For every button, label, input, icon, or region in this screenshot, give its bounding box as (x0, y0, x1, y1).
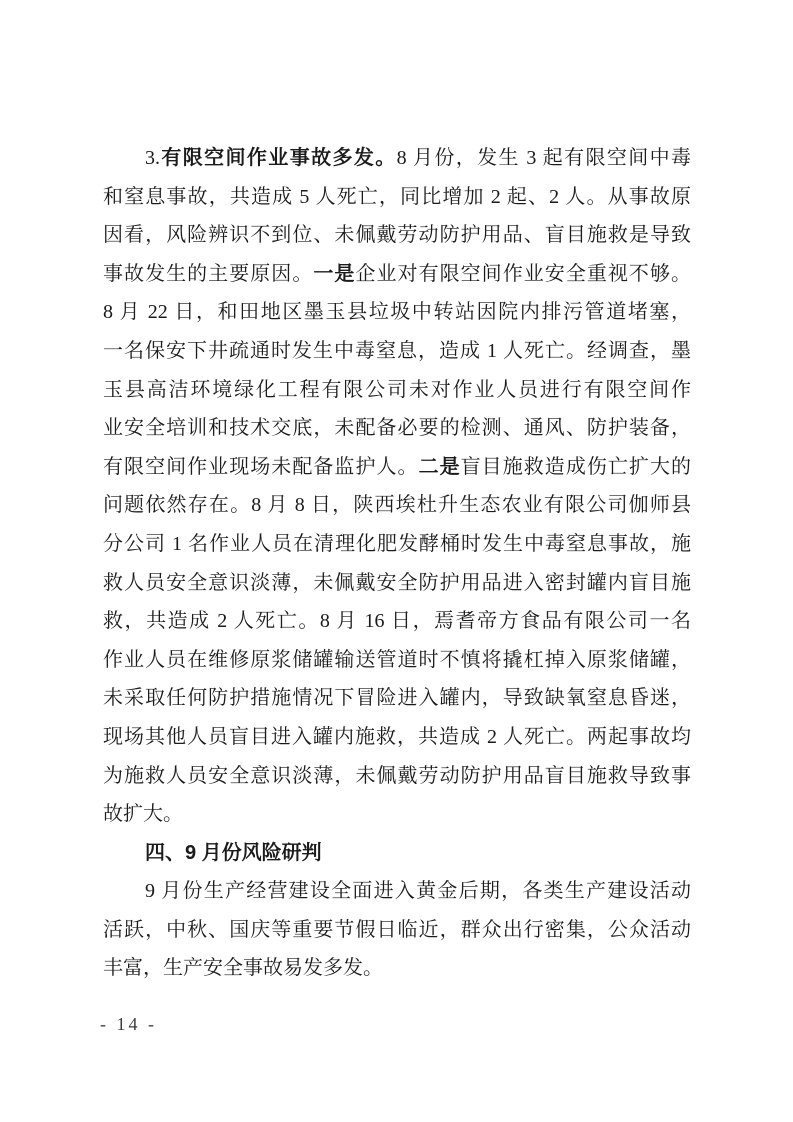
text-run: 玉县高洁环境绿化工程有限公司未对作业人员进行有限空间作 (103, 379, 691, 401)
text-line: 业安全培训和技术交底，未配备必要的检测、通风、防护装备， (103, 409, 691, 448)
document-page: 3.有限空间作业事故多发。8 月份，发生 3 起有限空间中毒和窒息事故，共造成 … (0, 0, 793, 1122)
text-line: 分公司 1 名作业人员在清理化肥发酵桶时发生中毒窒息事故，施 (103, 525, 691, 564)
document-body: 3.有限空间作业事故多发。8 月份，发生 3 起有限空间中毒和窒息事故，共造成 … (103, 139, 691, 988)
bold-text-run: 有限空间作业事故多发。 (160, 147, 397, 169)
text-run: 企业对有限空间作业安全重视不够。 (355, 263, 691, 285)
bold-text-run: 二是 (419, 456, 461, 478)
text-run: 3. (145, 147, 160, 169)
text-run: 8 月 22 日，和田地区墨玉县垃圾中转站因院内排污管道堵塞， (103, 301, 691, 323)
text-run: 因看，风险辨识不到位、未佩戴劳动防护用品、盲目施救是导致 (103, 224, 691, 246)
text-run: 活跃，中秋、国庆等重要节假日临近，群众出行密集，公众活动 (103, 919, 691, 941)
page-number: - 14 - (100, 1012, 157, 1036)
text-run: 现场其他人员盲目进入罐内施救，共造成 2 人死亡。两起事故均 (103, 726, 691, 748)
text-run: 故扩大。 (103, 803, 183, 825)
text-run: 为施救人员安全意识淡薄，未佩戴劳动防护用品盲目施救导致事 (103, 765, 691, 787)
text-line: 和窒息事故，共造成 5 人死亡，同比增加 2 起、2 人。从事故原 (103, 178, 691, 217)
text-run: 丰富，生产安全事故易发多发。 (103, 957, 383, 979)
text-line: 3.有限空间作业事故多发。8 月份，发生 3 起有限空间中毒 (103, 139, 691, 178)
text-run: 救，共造成 2 人死亡。8 月 16 日，焉耆帝方食品有限公司一名 (103, 610, 691, 632)
text-line: 事故发生的主要原因。一是企业对有限空间作业安全重视不够。 (103, 255, 691, 294)
text-line: 为施救人员安全意识淡薄，未佩戴劳动防护用品盲目施救导致事 (103, 757, 691, 796)
text-line: 问题依然存在。8 月 8 日，陕西埃杜升生态农业有限公司伽师县 (103, 486, 691, 525)
text-line: 因看，风险辨识不到位、未佩戴劳动防护用品、盲目施救是导致 (103, 216, 691, 255)
text-line: 玉县高洁环境绿化工程有限公司未对作业人员进行有限空间作 (103, 371, 691, 410)
text-line: 9 月份生产经营建设全面进入黄金后期，各类生产建设活动 (103, 872, 691, 911)
text-run: 9 月份生产经营建设全面进入黄金后期，各类生产建设活动 (145, 880, 691, 902)
text-line: 有限空间作业现场未配备监护人。二是盲目施救造成伤亡扩大的 (103, 448, 691, 487)
text-run: 一名保安下井疏通时发生中毒窒息，造成 1 人死亡。经调查，墨 (103, 340, 691, 362)
text-line: 一名保安下井疏通时发生中毒窒息，造成 1 人死亡。经调查，墨 (103, 332, 691, 371)
bold-text-run: 四、9 月份风险研判 (145, 842, 322, 864)
text-run: 有限空间作业现场未配备监护人。 (103, 456, 419, 478)
text-line: 四、9 月份风险研判 (103, 834, 691, 873)
text-run: 未采取任何防护措施情况下冒险进入罐内，导致缺氧窒息昏迷， (103, 687, 691, 709)
text-run: 分公司 1 名作业人员在清理化肥发酵桶时发生中毒窒息事故，施 (103, 533, 691, 555)
text-run: 事故发生的主要原因。 (103, 263, 313, 285)
text-run: 8 月份，发生 3 起有限空间中毒 (397, 147, 691, 169)
text-line: 丰富，生产安全事故易发多发。 (103, 949, 691, 988)
text-run: 救人员安全意识淡薄，未佩戴安全防护用品进入密封罐内盲目施 (103, 572, 691, 594)
text-line: 未采取任何防护措施情况下冒险进入罐内，导致缺氧窒息昏迷， (103, 679, 691, 718)
text-line: 作业人员在维修原浆储罐输送管道时不慎将撬杠掉入原浆储罐， (103, 641, 691, 680)
text-run: 作业人员在维修原浆储罐输送管道时不慎将撬杠掉入原浆储罐， (103, 649, 691, 671)
text-run: 问题依然存在。8 月 8 日，陕西埃杜升生态农业有限公司伽师县 (103, 494, 691, 516)
text-line: 活跃，中秋、国庆等重要节假日临近，群众出行密集，公众活动 (103, 911, 691, 950)
text-run: 业安全培训和技术交底，未配备必要的检测、通风、防护装备， (103, 417, 691, 439)
text-run: 和窒息事故，共造成 5 人死亡，同比增加 2 起、2 人。从事故原 (103, 186, 691, 208)
text-line: 现场其他人员盲目进入罐内施救，共造成 2 人死亡。两起事故均 (103, 718, 691, 757)
text-run: 盲目施救造成伤亡扩大的 (461, 456, 691, 478)
text-line: 救人员安全意识淡薄，未佩戴安全防护用品进入密封罐内盲目施 (103, 564, 691, 603)
text-line: 8 月 22 日，和田地区墨玉县垃圾中转站因院内排污管道堵塞， (103, 293, 691, 332)
bold-text-run: 一是 (313, 263, 355, 285)
text-line: 故扩大。 (103, 795, 691, 834)
text-line: 救，共造成 2 人死亡。8 月 16 日，焉耆帝方食品有限公司一名 (103, 602, 691, 641)
